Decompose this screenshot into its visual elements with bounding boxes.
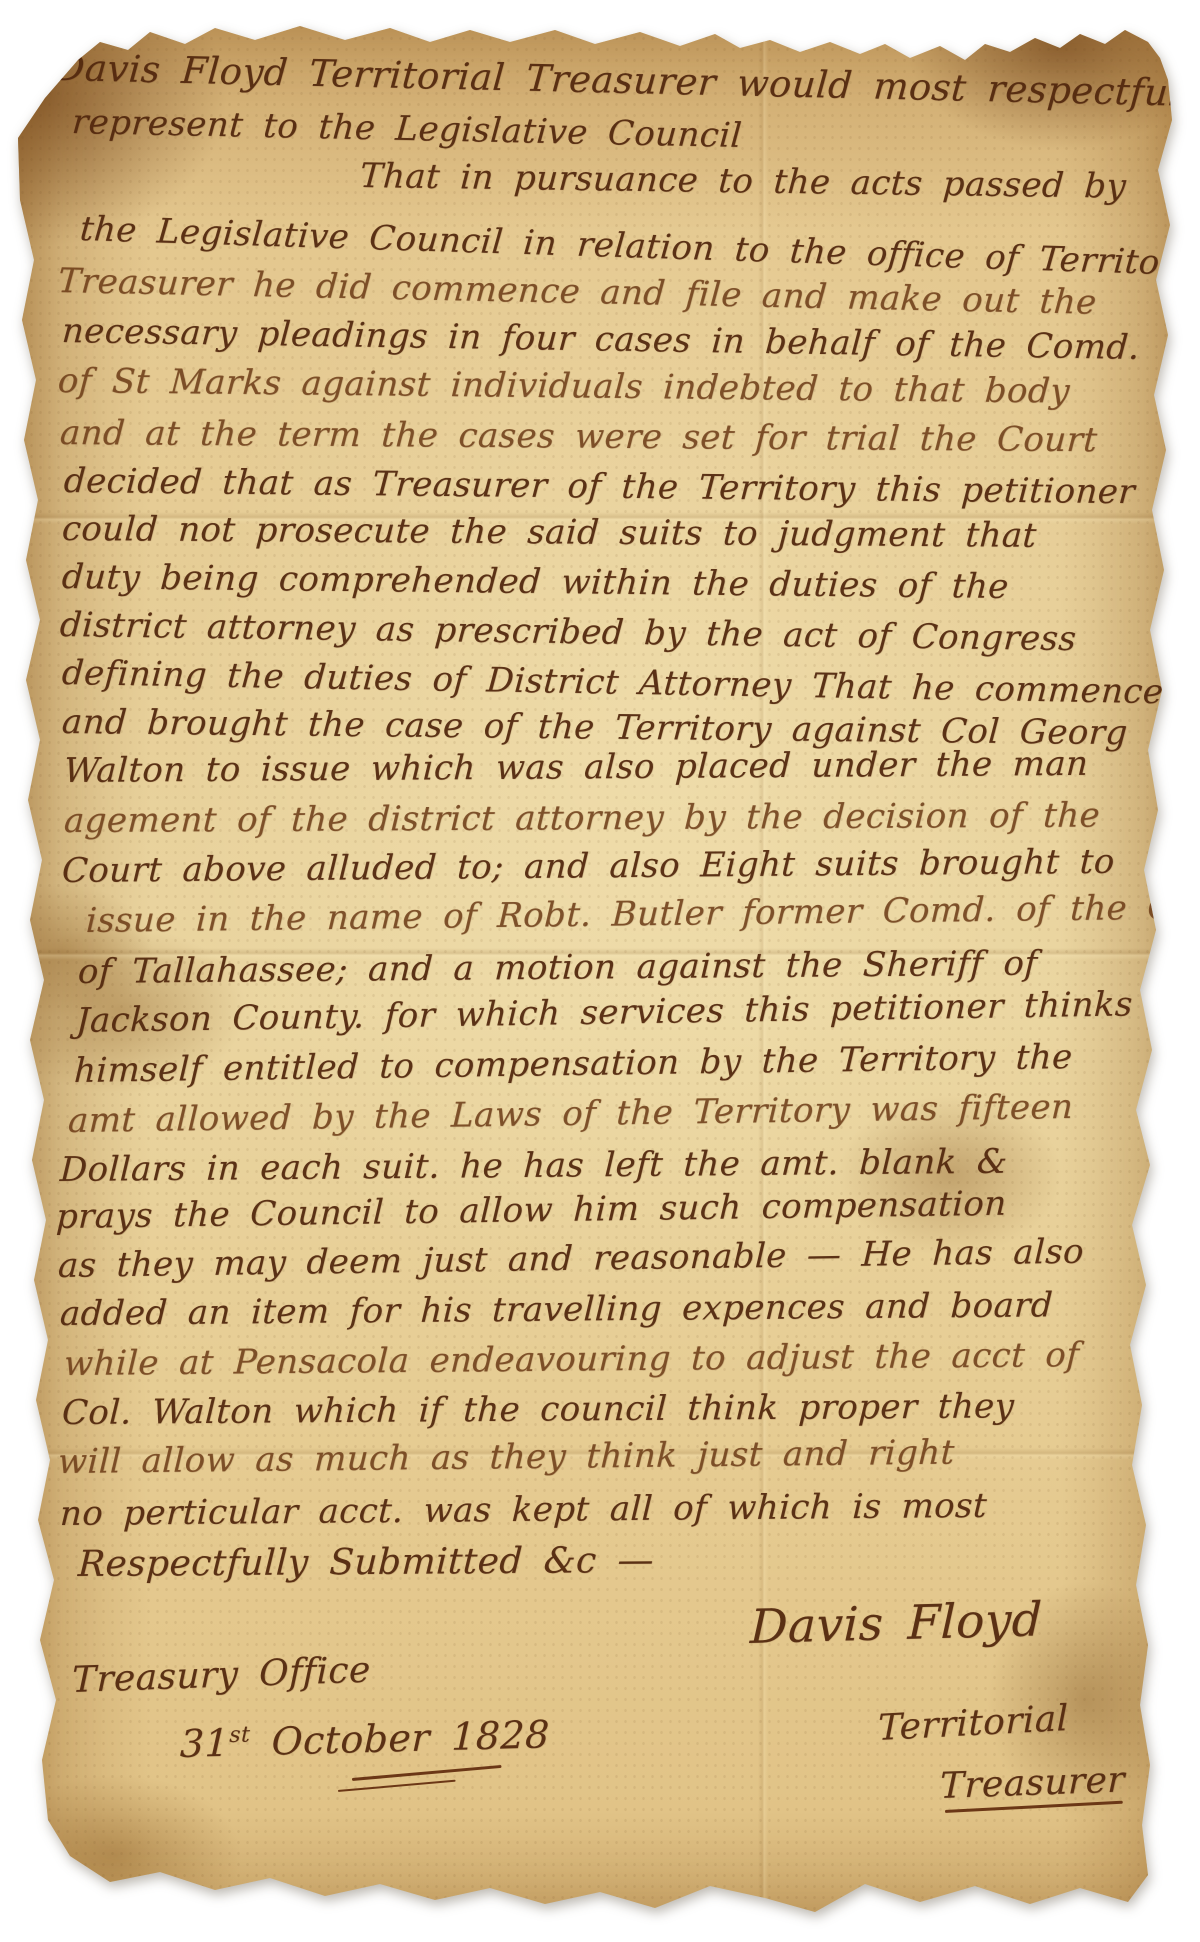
- letter-line-23: Dollars in each suit. he has left the am…: [59, 1142, 1008, 1190]
- date-month-year: October 1828: [271, 1712, 550, 1763]
- letter-line-10: could not prosecute the said suits to ju…: [61, 509, 1038, 556]
- date-day: 31: [179, 1721, 229, 1766]
- letter-line-16: agement of the district attorney by the …: [63, 796, 1101, 841]
- letter-line-30: no perticular acct. was kept all of whic…: [59, 1486, 988, 1534]
- signature-davis-floyd: Davis Floyd: [749, 1592, 1043, 1655]
- paper-sheet: Davis Floyd Territorial Treasurer would …: [0, 0, 1200, 1942]
- treasurer-label: Treasurer: [940, 1760, 1126, 1808]
- paper-shadow: Davis Floyd Territorial Treasurer would …: [0, 0, 1200, 1942]
- date-ordinal-suffix: st: [229, 1722, 251, 1748]
- letter-line-15: Walton to issue which was also placed un…: [63, 744, 1089, 791]
- letter-line-19: of Tallahassee; and a motion against the…: [77, 944, 1038, 992]
- letter-line-31: Respectfully Submitted &c —: [77, 1540, 655, 1585]
- letter-line-28: Col. Walton which if the council think p…: [61, 1386, 1015, 1433]
- scan-background: Davis Floyd Territorial Treasurer would …: [0, 0, 1200, 1942]
- letter-line-8: and at the term the cases were set for t…: [59, 413, 1099, 460]
